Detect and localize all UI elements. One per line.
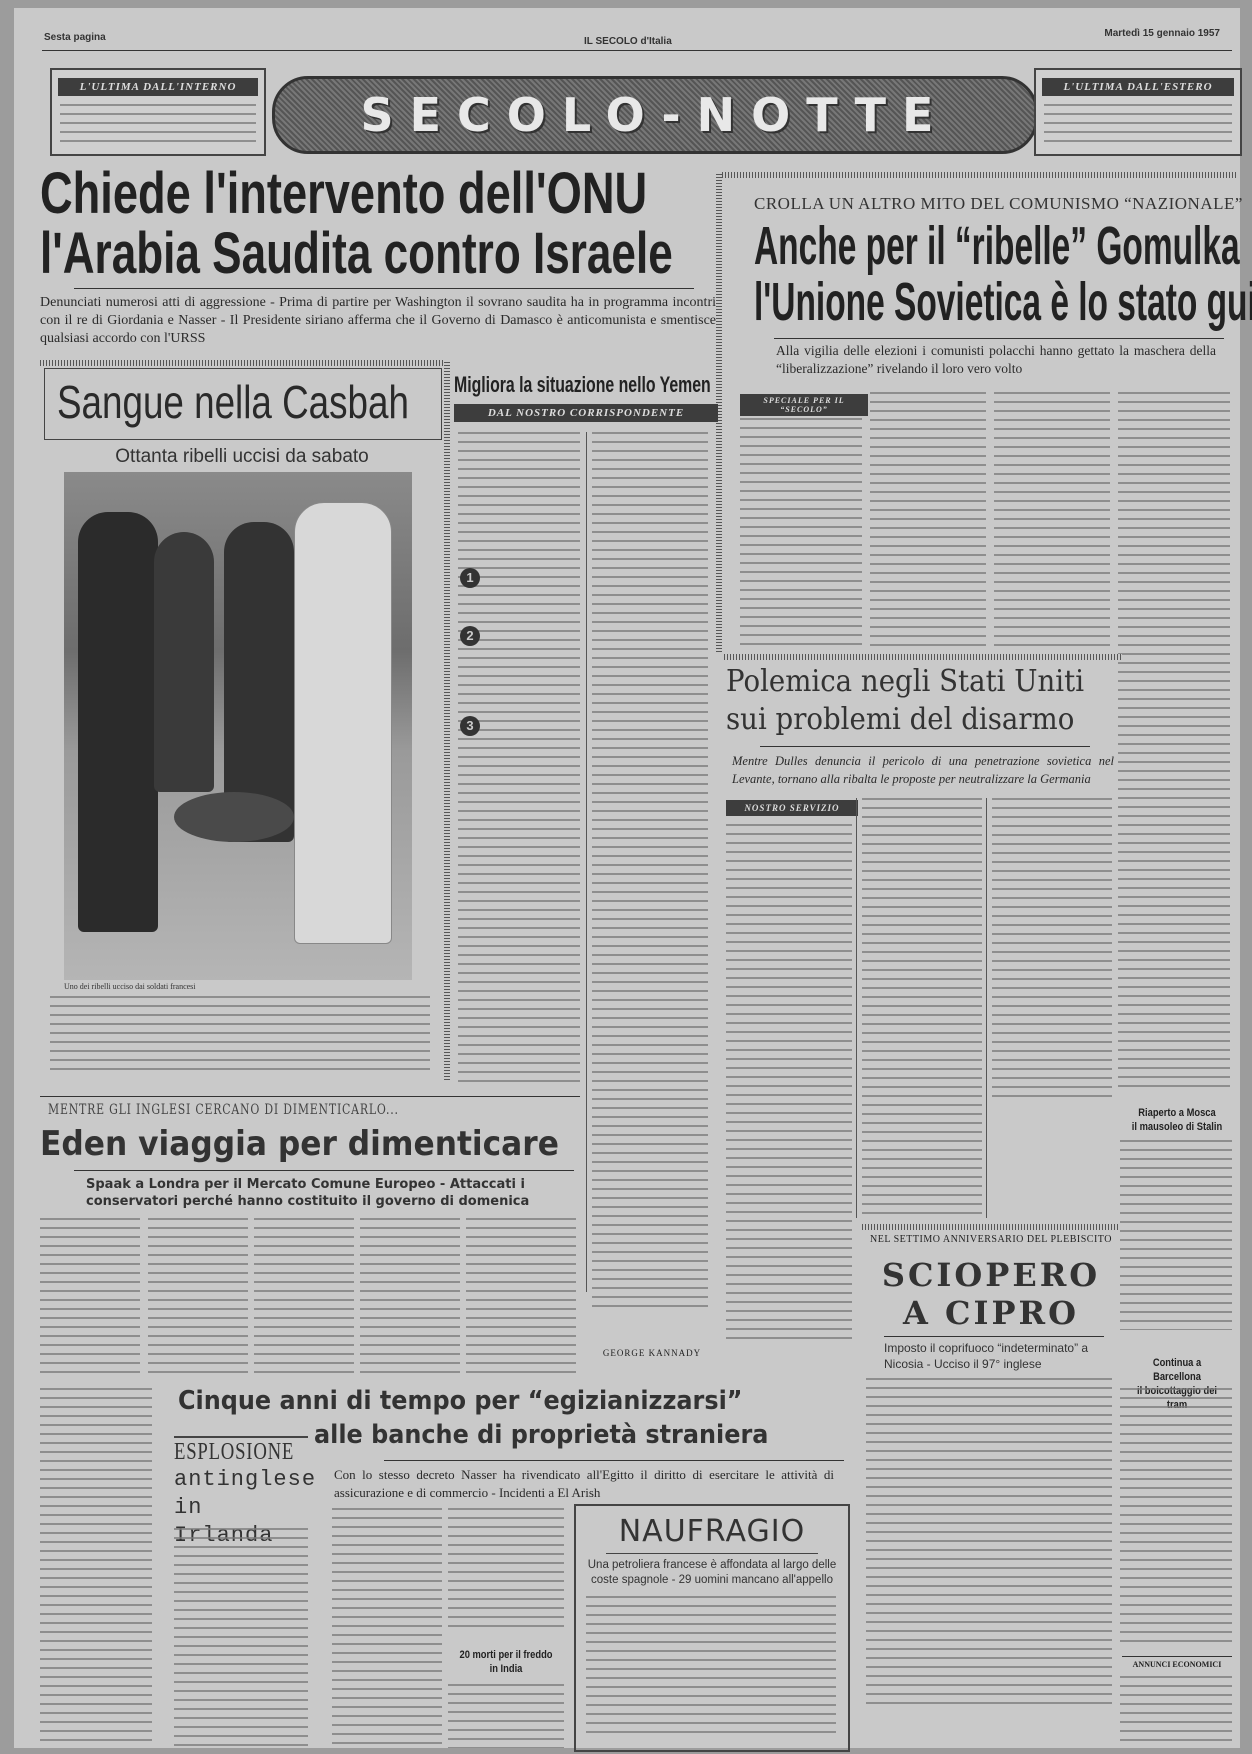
- casbah-subhead: Ottanta ribelli uccisi da sabato: [44, 446, 440, 468]
- egitto-deck: Con lo stesso decreto Nasser ha rivendic…: [334, 1466, 834, 1502]
- disarmo-col-1: [726, 824, 852, 1344]
- masthead-banner: SECOLO-NOTTE: [272, 76, 1038, 154]
- masthead-title: SECOLO-NOTTE: [361, 88, 950, 142]
- disarmo-col-2: [862, 798, 982, 1218]
- cipro-headline-2: A CIPRO: [866, 1294, 1116, 1332]
- irlanda-body: [174, 1528, 308, 1748]
- casbah-hatch: [40, 360, 450, 366]
- photo-figure-civilian-right: [294, 502, 392, 944]
- issue-date: Martedì 15 gennaio 1957: [1104, 28, 1220, 39]
- egitto-col-1: [332, 1508, 442, 1748]
- yemen-col-2: [592, 432, 708, 1312]
- annunci-rule: [1122, 1656, 1232, 1657]
- paper-name: IL SECOLO d'Italia: [584, 36, 672, 47]
- eden-kicker: MENTRE GLI INGLESI CERCANO DI DIMENTICAR…: [48, 1102, 399, 1118]
- gomulka-deck: Alla vigilia delle elezioni i comunisti …: [776, 342, 1216, 378]
- india-headline-2: in India: [457, 1662, 556, 1676]
- casbah-side-hatch: [444, 360, 450, 1080]
- gomulka-col-3: [994, 392, 1110, 648]
- casbah-photo: [64, 472, 412, 980]
- yemen-headline: Migliora la situazione nello Yemen: [454, 372, 711, 398]
- naufragio-rule: [606, 1553, 818, 1554]
- news-box-interno: L'ULTIMA DALL'INTERNO: [50, 68, 266, 156]
- cipro-hatch: [862, 1224, 1118, 1230]
- naufragio-body: [586, 1596, 836, 1736]
- onu-headline-2: l'Arabia Saudita contro Israele: [40, 224, 673, 284]
- gomulka-kicker: CROLLA UN ALTRO MITO DEL COMUNISMO “NAZI…: [754, 194, 1243, 214]
- naufragio-box: NAUFRAGIO Una petroliera francese è affo…: [574, 1504, 850, 1752]
- disarmo-headline-1: Polemica negli Stati Uniti: [726, 664, 1084, 700]
- casbah-photo-caption: Uno dei ribelli ucciso dai soldati franc…: [64, 982, 412, 991]
- eden-col-3: [254, 1218, 354, 1378]
- india-headline: 20 morti per il freddo in India: [457, 1648, 556, 1676]
- cipro-rule: [884, 1336, 1104, 1337]
- disarmo-byline: NOSTRO SERVIZIO: [726, 800, 858, 816]
- eden-col-2: [148, 1218, 248, 1378]
- stalin-body: [1120, 1140, 1232, 1330]
- gomulka-byline: SPECIALE PER IL “SECOLO”: [740, 394, 868, 416]
- annunci-body: [1120, 1676, 1232, 1746]
- eden-col-4: [360, 1218, 460, 1378]
- page-label: Sesta pagina: [44, 32, 106, 43]
- gomulka-headline-1: Anche per il “ribelle” Gomulka: [754, 218, 1240, 274]
- egitto-headline-2: alle banche di proprietà straniera: [314, 1420, 768, 1450]
- irlanda-headline-2: antinglese: [174, 1466, 308, 1494]
- cipro-headline: SCIOPERO A CIPRO: [866, 1256, 1116, 1332]
- onu-deck: Denunciati numerosi atti di aggressione …: [40, 294, 716, 348]
- eden-col-5: [466, 1218, 576, 1378]
- india-headline-1: 20 morti per il freddo: [457, 1648, 556, 1662]
- cipro-body: [866, 1378, 1112, 1708]
- eden-rule: [74, 1170, 574, 1171]
- gomulka-col-2: [870, 392, 986, 648]
- casbah-headline-box: Sangue nella Casbah: [44, 368, 442, 440]
- irlanda-headline-1: ESPLOSIONE: [174, 1438, 279, 1466]
- cipro-kicker: NEL SETTIMO ANNIVERSARIO DEL PLEBISCITO: [866, 1234, 1116, 1245]
- cipro-deck: Imposto il coprifuoco “indeterminato” a …: [884, 1340, 1106, 1372]
- gomulka-headline-2: l'Unione Sovietica è lo stato guida: [754, 274, 1252, 330]
- yemen-byline: DAL NOSTRO CORRISPONDENTE: [454, 404, 718, 422]
- onu-rule: [74, 288, 694, 289]
- eden-top-rule: [40, 1096, 580, 1097]
- stalin-headline-2: il mausoleo di Stalin: [1129, 1120, 1226, 1134]
- naufragio-deck: Una petroliera francese è affondata al l…: [586, 1558, 838, 1588]
- news-box-interno-label: L'ULTIMA DALL'INTERNO: [58, 78, 258, 96]
- news-box-estero-text: [1044, 104, 1232, 146]
- casbah-body: [50, 996, 430, 1070]
- barcellona-body: [1120, 1388, 1232, 1648]
- disarmo-hatch: [724, 654, 1122, 660]
- news-box-estero-label: L'ULTIMA DALL'ESTERO: [1042, 78, 1234, 96]
- egitto-rule: [384, 1460, 844, 1461]
- naufragio-headline: NAUFRAGIO: [576, 1514, 848, 1549]
- stalin-headline: Riaperto a Mosca il mausoleo di Stalin: [1129, 1106, 1226, 1134]
- news-box-estero: L'ULTIMA DALL'ESTERO: [1034, 68, 1242, 156]
- india-body: [448, 1684, 564, 1748]
- photo-figure-soldier-back: [154, 532, 214, 792]
- newspaper-page: Sesta pagina IL SECOLO d'Italia Martedì …: [14, 8, 1240, 1748]
- disarmo-divider-1: [856, 798, 857, 1218]
- eden-headline: Eden viaggia per dimenticare: [40, 1124, 559, 1164]
- disarmo-col-3: [992, 798, 1112, 1098]
- disarmo-divider-2: [986, 798, 987, 1218]
- gomulka-col-1: [740, 418, 862, 648]
- news-box-interno-text: [60, 104, 256, 146]
- disarmo-deck: Mentre Dulles denuncia il pericolo di un…: [732, 752, 1114, 788]
- gomulka-col-4: [1118, 392, 1230, 1092]
- photo-figure-soldier-left: [78, 512, 158, 932]
- eden-col-1: [40, 1218, 140, 1378]
- stalin-headline-1: Riaperto a Mosca: [1129, 1106, 1226, 1120]
- gomulka-rule: [774, 338, 1224, 339]
- yemen-col-divider: [586, 432, 587, 1292]
- disarmo-headline-2: sui problemi del disarmo: [726, 702, 1074, 738]
- disarmo-signature: GEORGE KANNADY: [594, 1348, 710, 1358]
- photo-body-on-ground: [174, 792, 294, 842]
- onu-headline-1: Chiede l'intervento dell'ONU: [40, 164, 647, 224]
- folio-rule: [42, 50, 1232, 51]
- yemen-col-1: [458, 432, 580, 1082]
- egitto-headline-1: Cinque anni di tempo per “egizianizzarsi…: [178, 1386, 742, 1416]
- gomulka-hatch: [716, 172, 1236, 178]
- egitto-col-2: [448, 1508, 564, 1628]
- disarmo-rule: [760, 746, 1090, 747]
- eden-continuation: [40, 1388, 152, 1748]
- barcellona-headline-1: Continua a Barcellona: [1129, 1356, 1226, 1384]
- cipro-headline-1: SCIOPERO: [866, 1256, 1116, 1294]
- annunci-label: ANNUNCI ECONOMICI: [1120, 1660, 1234, 1669]
- casbah-headline: Sangue nella Casbah: [57, 373, 409, 431]
- yemen-point-1: 1: [460, 568, 480, 588]
- yemen-point-3: 3: [460, 716, 480, 736]
- eden-deck: Spaak a Londra per il Mercato Comune Eur…: [86, 1176, 562, 1210]
- yemen-point-2: 2: [460, 626, 480, 646]
